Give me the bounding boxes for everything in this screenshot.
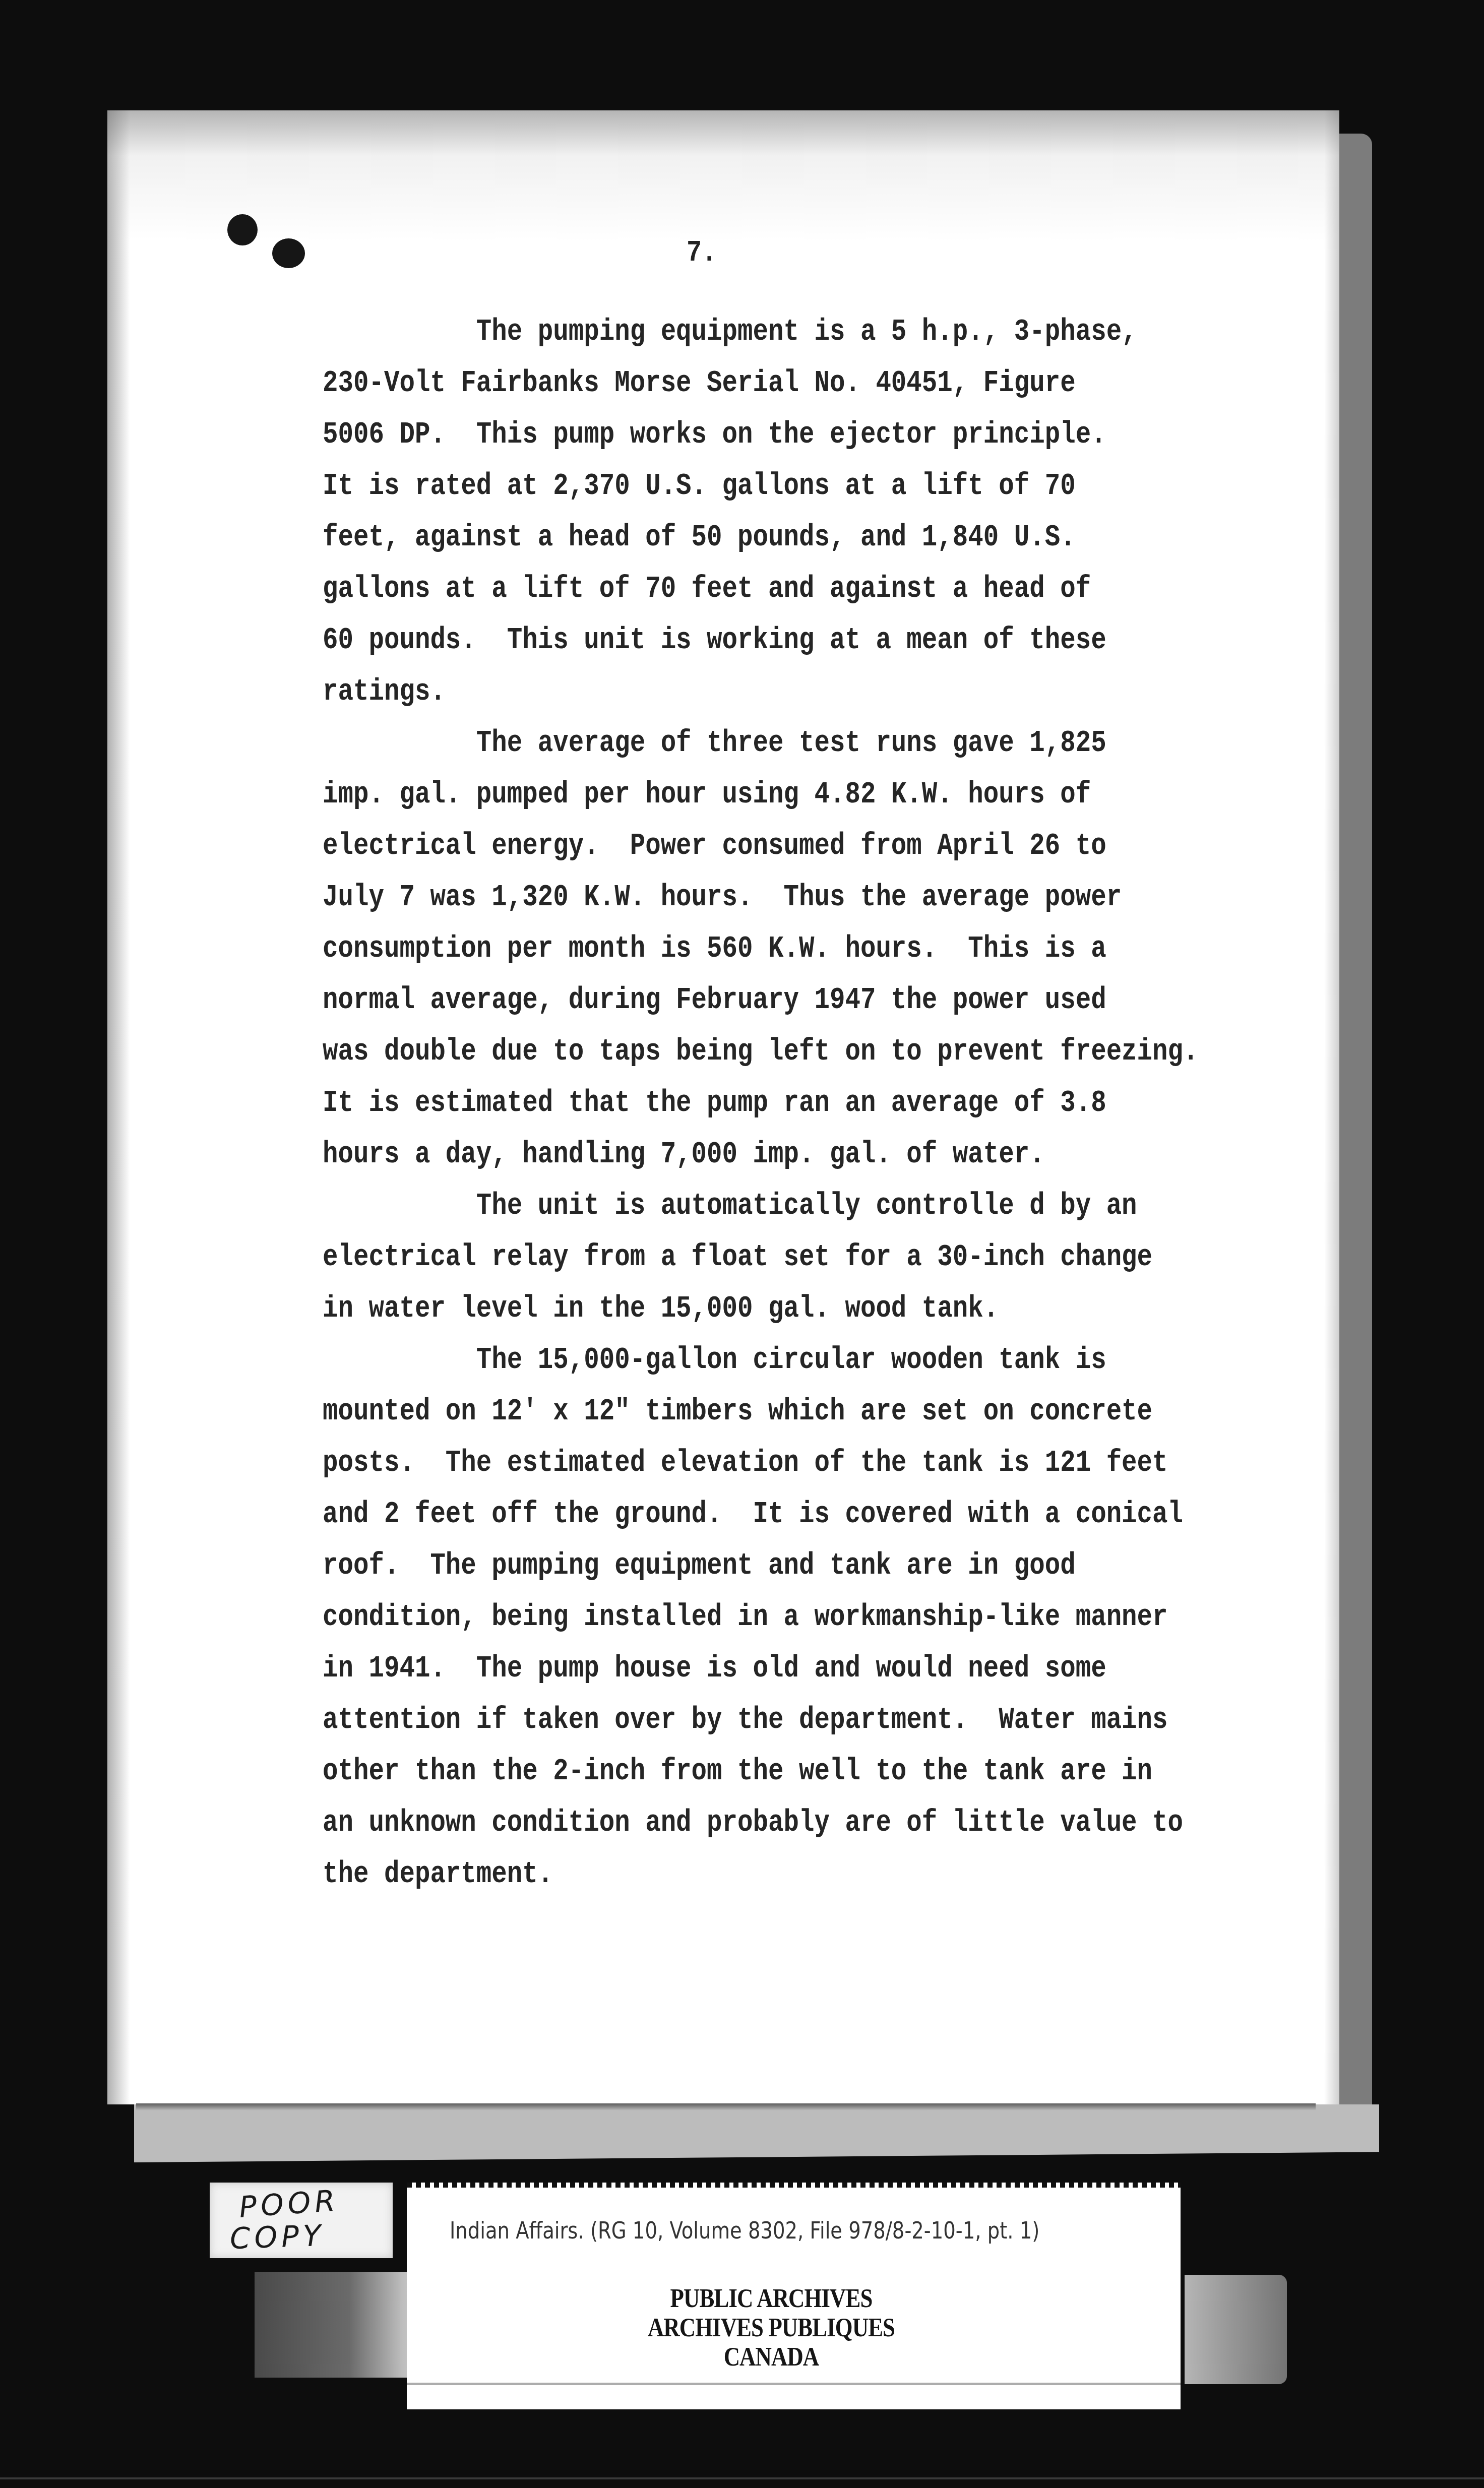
text-line: the department.: [323, 1849, 1280, 1900]
stamp-line-english: PUBLIC ARCHIVES: [620, 2284, 923, 2314]
text-line: and 2 feet off the ground. It is covered…: [323, 1489, 1280, 1540]
text-line: in 1941. The pump house is old and would…: [323, 1643, 1280, 1695]
typed-body-text: The pumping equipment is a 5 h.p., 3-pha…: [323, 306, 1280, 1900]
text-line: July 7 was 1,320 K.W. hours. Thus the av…: [323, 872, 1280, 923]
text-line: posts. The estimated elevation of the ta…: [323, 1438, 1280, 1489]
film-edge-line: [0, 2477, 1484, 2479]
hole-punch-icon: [227, 214, 258, 245]
handwritten-poor: POOR: [238, 2183, 340, 2224]
public-archives-stamp: PUBLIC ARCHIVES ARCHIVES PUBLIQUES CANAD…: [595, 2284, 948, 2372]
text-line: attention if taken over by the departmen…: [323, 1695, 1280, 1746]
page-bottom-shadow: [136, 2103, 1316, 2110]
text-line: was double due to taps being left on to …: [323, 1026, 1280, 1078]
text-line: The 15,000-gallon circular wooden tank i…: [323, 1335, 1280, 1386]
hole-punch-icon: [272, 238, 305, 268]
text-line: normal average, during February 1947 the…: [323, 975, 1280, 1026]
text-line: The unit is automatically controlle d by…: [323, 1180, 1280, 1232]
text-line: 60 pounds. This unit is working at a mea…: [323, 615, 1280, 666]
text-line: It is estimated that the pump ran an ave…: [323, 1078, 1280, 1129]
text-line: consumption per month is 560 K.W. hours.…: [323, 923, 1280, 975]
text-line: ratings.: [323, 666, 1280, 718]
page-number: 7.: [687, 236, 717, 270]
text-line: electrical energy. Power consumed from A…: [323, 821, 1280, 872]
text-line: imp. gal. pumped per hour using 4.82 K.W…: [323, 769, 1280, 821]
text-line: an unknown condition and probably are of…: [323, 1797, 1280, 1849]
stamp-line-french: ARCHIVES PUBLIQUES: [620, 2314, 923, 2343]
text-line: in water level in the 15,000 gal. wood t…: [323, 1283, 1280, 1335]
stamp-line-country: CANADA: [620, 2343, 923, 2372]
archive-citation: Indian Affairs. (RG 10, Volume 8302, Fil…: [450, 2217, 1039, 2245]
text-line: The average of three test runs gave 1,82…: [323, 718, 1280, 769]
text-line: mounted on 12' x 12" timbers which are s…: [323, 1386, 1280, 1438]
text-line: other than the 2-inch from the well to t…: [323, 1746, 1280, 1797]
film-holder-right: [1185, 2275, 1287, 2384]
poor-copy-note: POOR COPY: [210, 2183, 393, 2258]
text-line: gallons at a lift of 70 feet and against…: [323, 564, 1280, 615]
label-serrated-edge: [407, 2183, 1181, 2188]
text-line: hours a day, handling 7,000 imp. gal. of…: [323, 1129, 1280, 1180]
text-line: 230-Volt Fairbanks Morse Serial No. 4045…: [323, 358, 1280, 409]
text-line: The pumping equipment is a 5 h.p., 3-pha…: [323, 306, 1280, 358]
text-line: condition, being installed in a workmans…: [323, 1592, 1280, 1643]
handwritten-copy: COPY: [229, 2218, 326, 2256]
text-line: 5006 DP. This pump works on the ejector …: [323, 409, 1280, 461]
stamp-divider: [407, 2383, 1181, 2385]
text-line: feet, against a head of 50 pounds, and 1…: [323, 512, 1280, 564]
text-line: electrical relay from a float set for a …: [323, 1232, 1280, 1283]
text-line: roof. The pumping equipment and tank are…: [323, 1540, 1280, 1592]
text-line: It is rated at 2,370 U.S. gallons at a l…: [323, 461, 1280, 512]
page-bottom-strip: [134, 2104, 1379, 2162]
